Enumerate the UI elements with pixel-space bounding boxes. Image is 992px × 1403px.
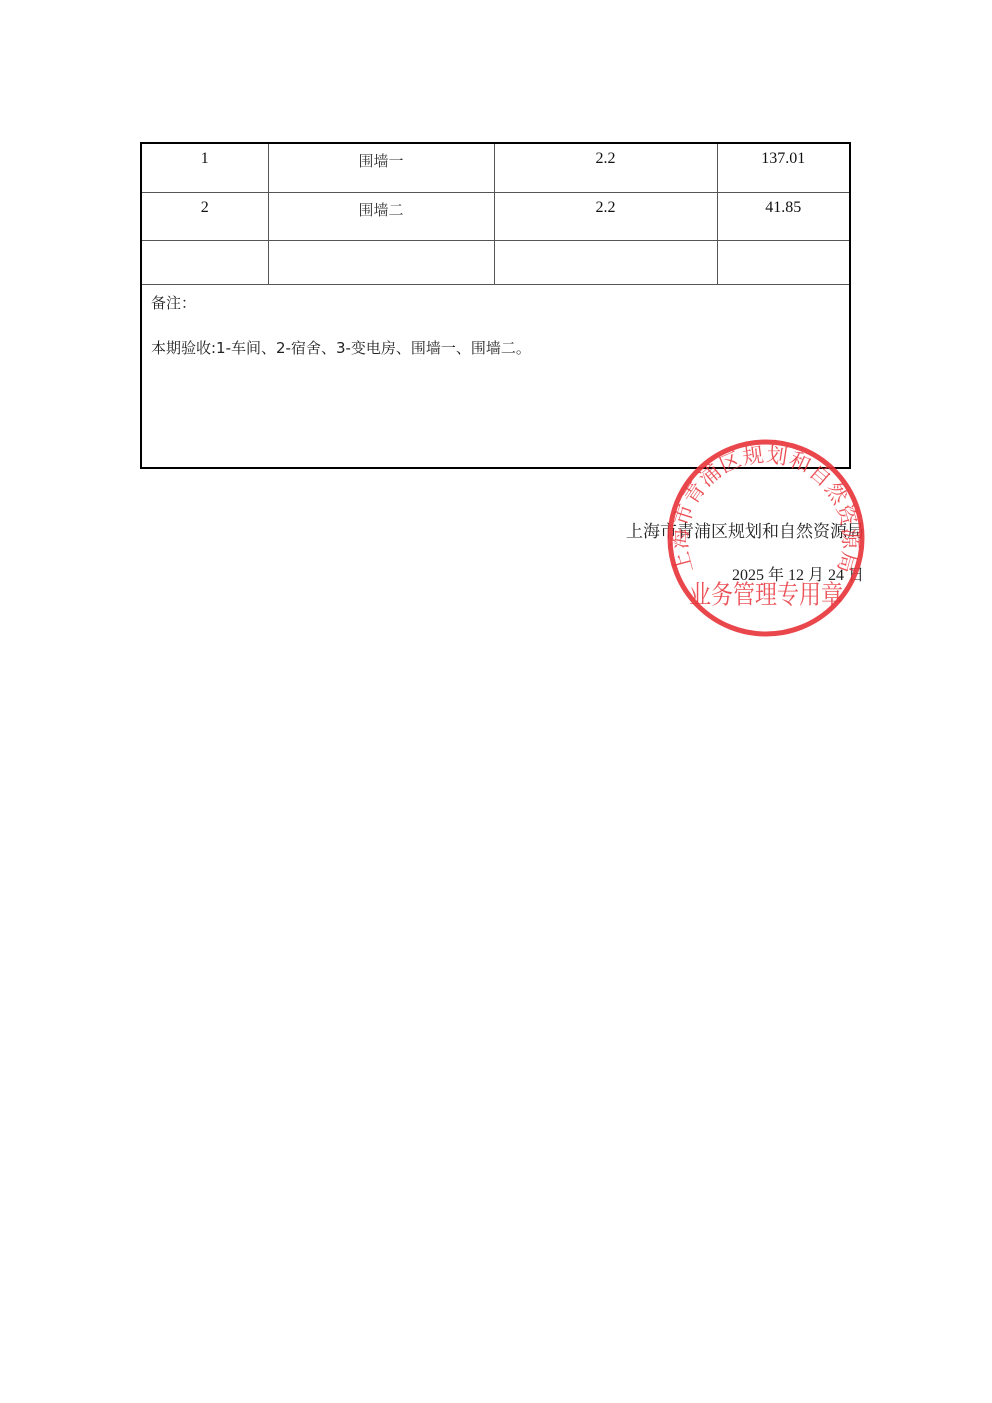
cell-name: 围墙一: [268, 144, 494, 192]
acceptance-table-grid: 1 围墙一 2.2 137.01 2 围墙二 2.2 41.85: [142, 144, 849, 285]
table-row: 1 围墙一 2.2 137.01: [142, 144, 849, 192]
remarks-text: 本期验收:1-车间、2-宿舍、3-变电房、围墙一、围墙二。: [151, 337, 840, 358]
organization-name: 上海市青浦区规划和自然资源局: [626, 517, 864, 542]
cell-value: 2.2: [494, 192, 717, 240]
cell-index: [142, 240, 268, 284]
cell-area: [717, 240, 849, 284]
signature-block: 上海市青浦区规划和自然资源局 2025 年 12 月 24 日: [626, 517, 864, 585]
table-row: [142, 240, 849, 284]
cell-index: 1: [142, 144, 268, 192]
remarks-section: 备注： 本期验收:1-车间、2-宿舍、3-变电房、围墙一、围墙二。: [142, 284, 849, 467]
cell-area: 137.01: [717, 144, 849, 192]
cell-name: 围墙二: [268, 192, 494, 240]
cell-name: [268, 240, 494, 284]
remarks-label: 备注：: [151, 292, 840, 313]
signature-date: 2025 年 12 月 24 日: [626, 562, 864, 585]
acceptance-table: 1 围墙一 2.2 137.01 2 围墙二 2.2 41.85 备注： 本期验…: [140, 142, 851, 469]
cell-value: 2.2: [494, 144, 717, 192]
cell-area: 41.85: [717, 192, 849, 240]
cell-value: [494, 240, 717, 284]
table-row: 2 围墙二 2.2 41.85: [142, 192, 849, 240]
cell-index: 2: [142, 192, 268, 240]
